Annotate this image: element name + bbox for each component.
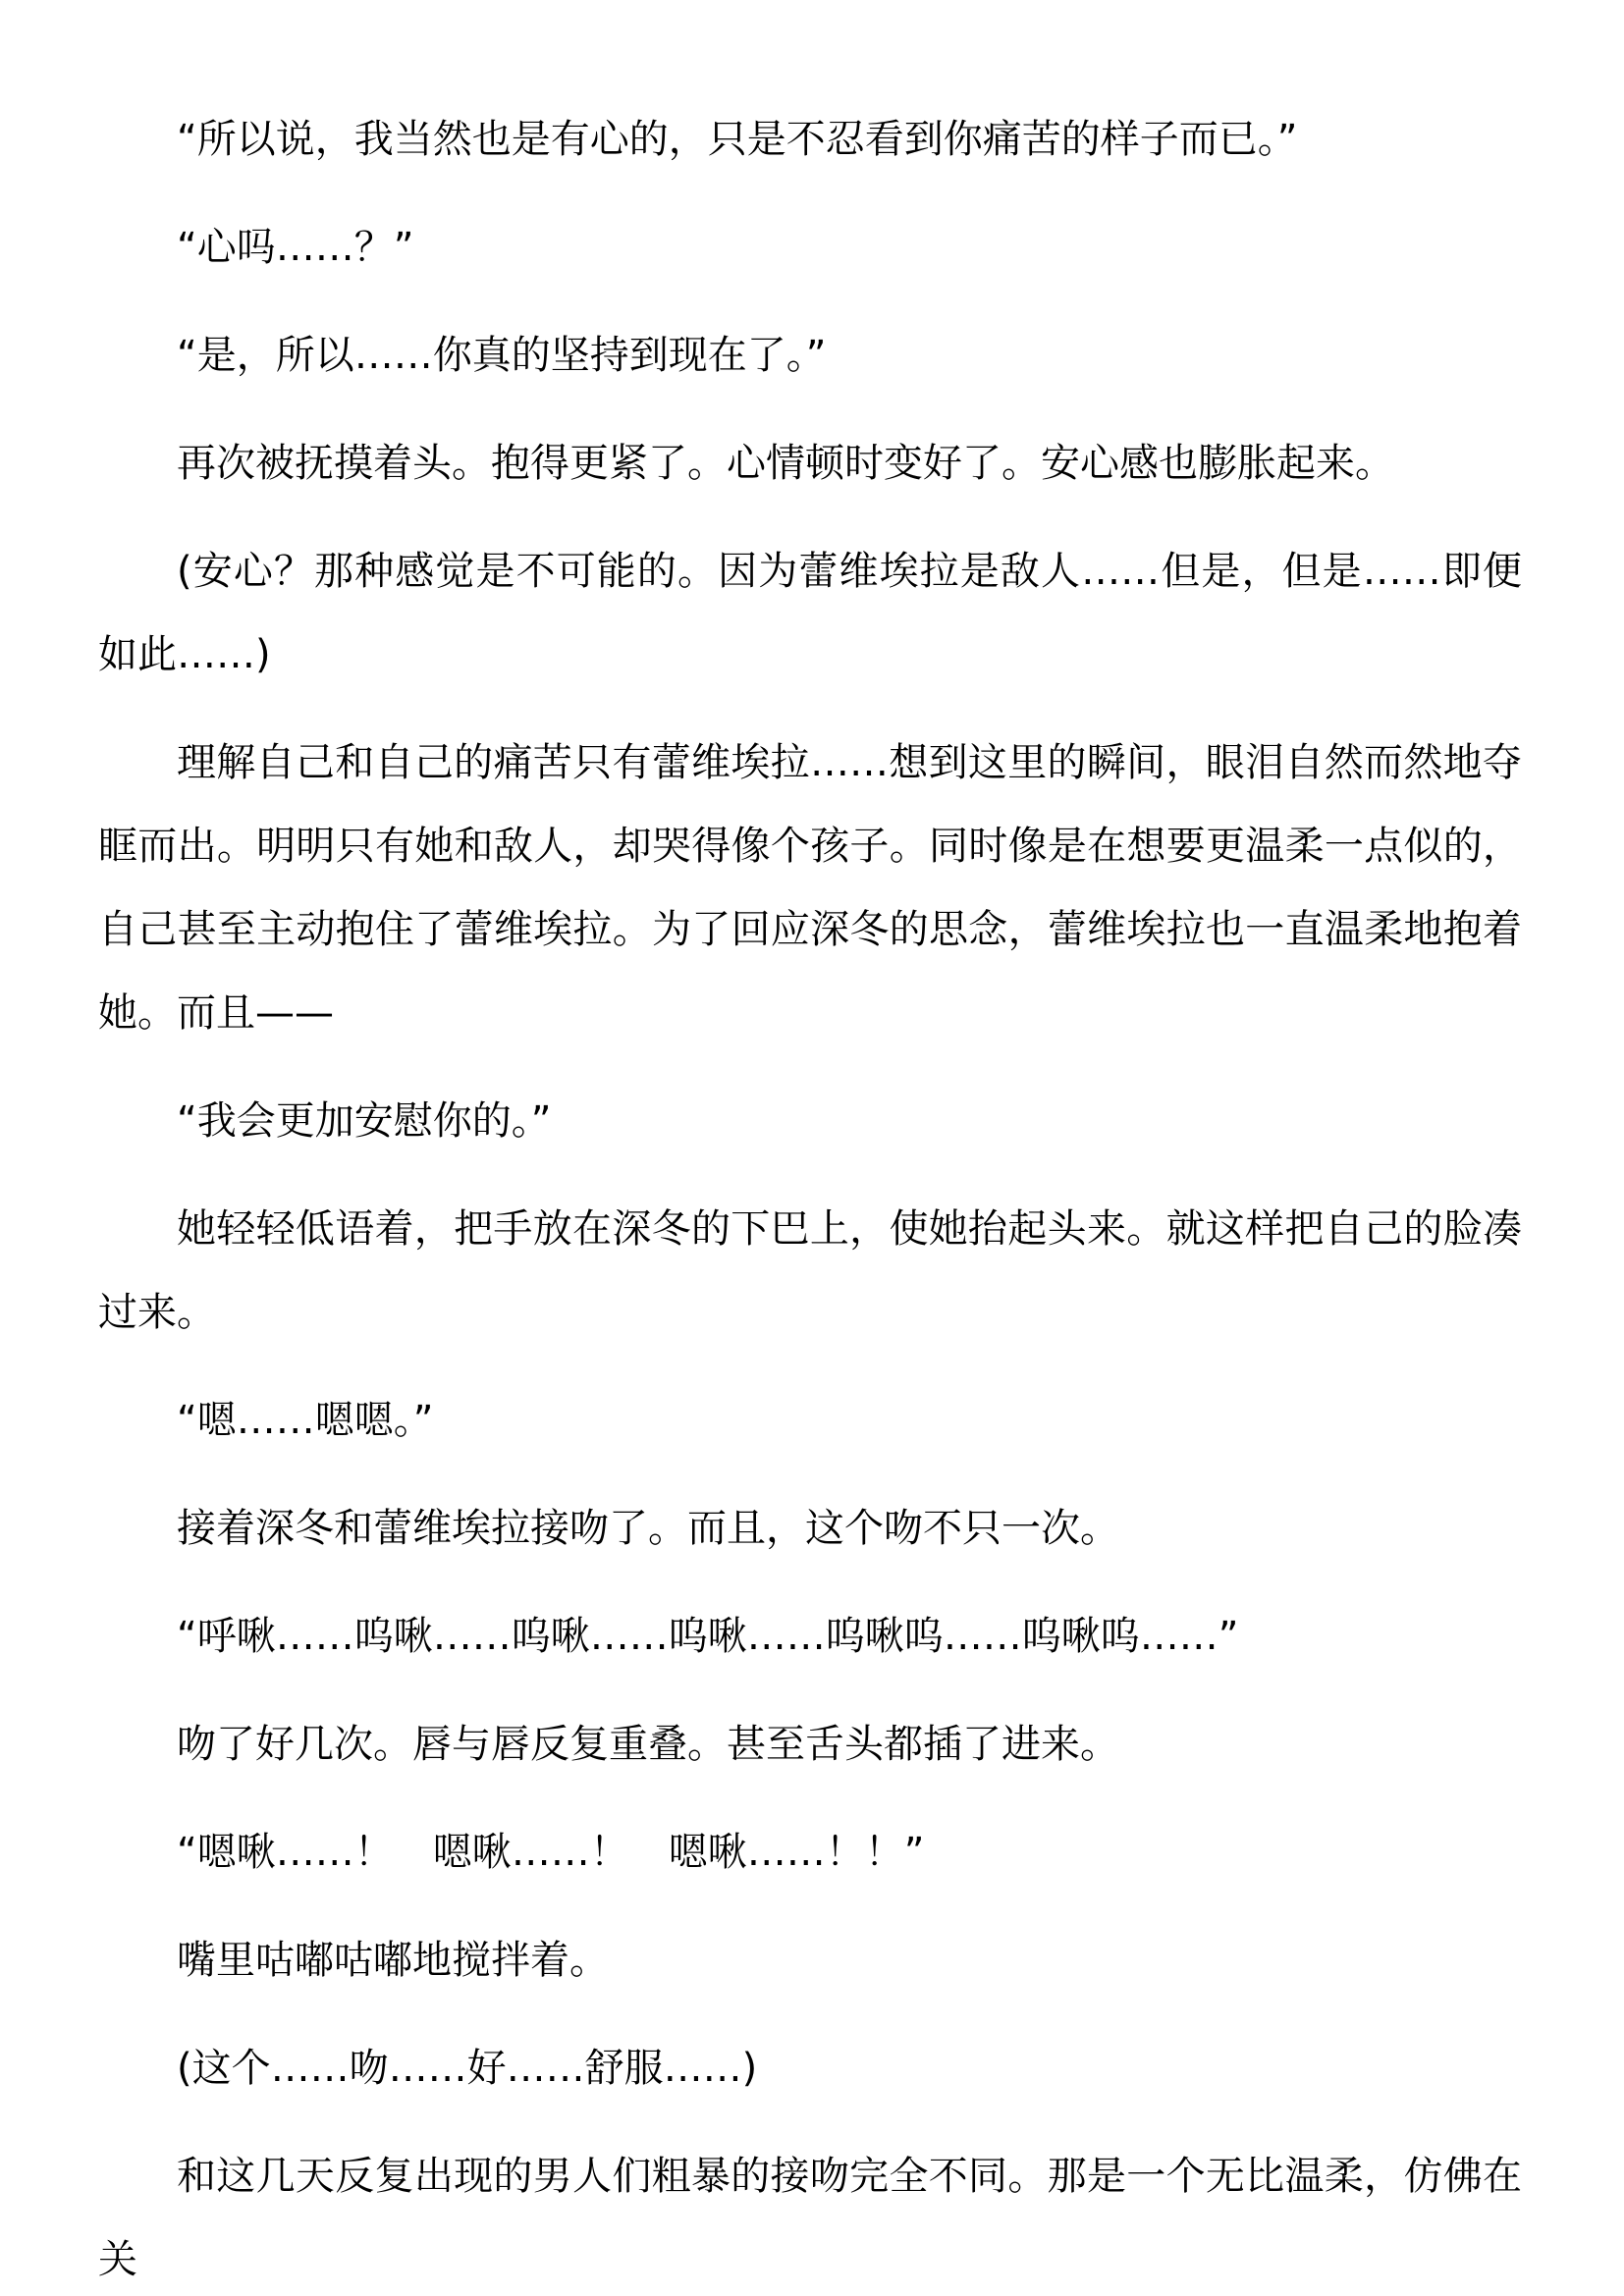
inner-thought-paragraph-1: (安心？那种感觉是不可能的。因为蕾维埃拉是敌人……但是，但是……即便如此……) [98,530,1522,697]
dialogue-paragraph-1: “所以说，我当然也是有心的，只是不忍看到你痛苦的样子而已。” [98,98,1522,182]
dialogue-paragraph-7: “嗯啾……！ 嗯啾……！ 嗯啾……！！” [98,1811,1522,1895]
dialogue-paragraph-6: “呼啾……呜啾……呜啾……呜啾……呜啾呜……呜啾呜……” [98,1595,1522,1679]
narration-paragraph-7: 和这几天反复出现的男人们粗暴的接吻完全不同。那是一个无比温柔，仿佛在关 [98,2135,1522,2296]
narration-paragraph-6: 嘴里咕嘟咕嘟地搅拌着。 [98,1919,1522,2002]
document-page: “所以说，我当然也是有心的，只是不忍看到你痛苦的样子而已。” “心吗……？” “… [0,0,1624,2296]
dialogue-paragraph-5: “嗯……嗯嗯。” [98,1379,1522,1463]
inner-thought-paragraph-2: (这个……吻……好……舒服……) [98,2027,1522,2110]
narration-paragraph-1: 再次被抚摸着头。抱得更紧了。心情顿时变好了。安心感也膨胀起来。 [98,422,1522,506]
dialogue-paragraph-3: “是，所以……你真的坚持到现在了。” [98,314,1522,398]
dialogue-paragraph-4: “我会更加安慰你的。” [98,1080,1522,1163]
narration-paragraph-2: 理解自己和自己的痛苦只有蕾维埃拉……想到这里的瞬间，眼泪自然而然地夺眶而出。明明… [98,721,1522,1055]
narration-paragraph-4: 接着深冬和蕾维埃拉接吻了。而且，这个吻不只一次。 [98,1487,1522,1571]
narration-paragraph-3: 她轻轻低语着，把手放在深冬的下巴上，使她抬起头来。就这样把自己的脸凑过来。 [98,1188,1522,1355]
dialogue-paragraph-2: “心吗……？” [98,206,1522,290]
narration-paragraph-5: 吻了好几次。唇与唇反复重叠。甚至舌头都插了进来。 [98,1703,1522,1787]
